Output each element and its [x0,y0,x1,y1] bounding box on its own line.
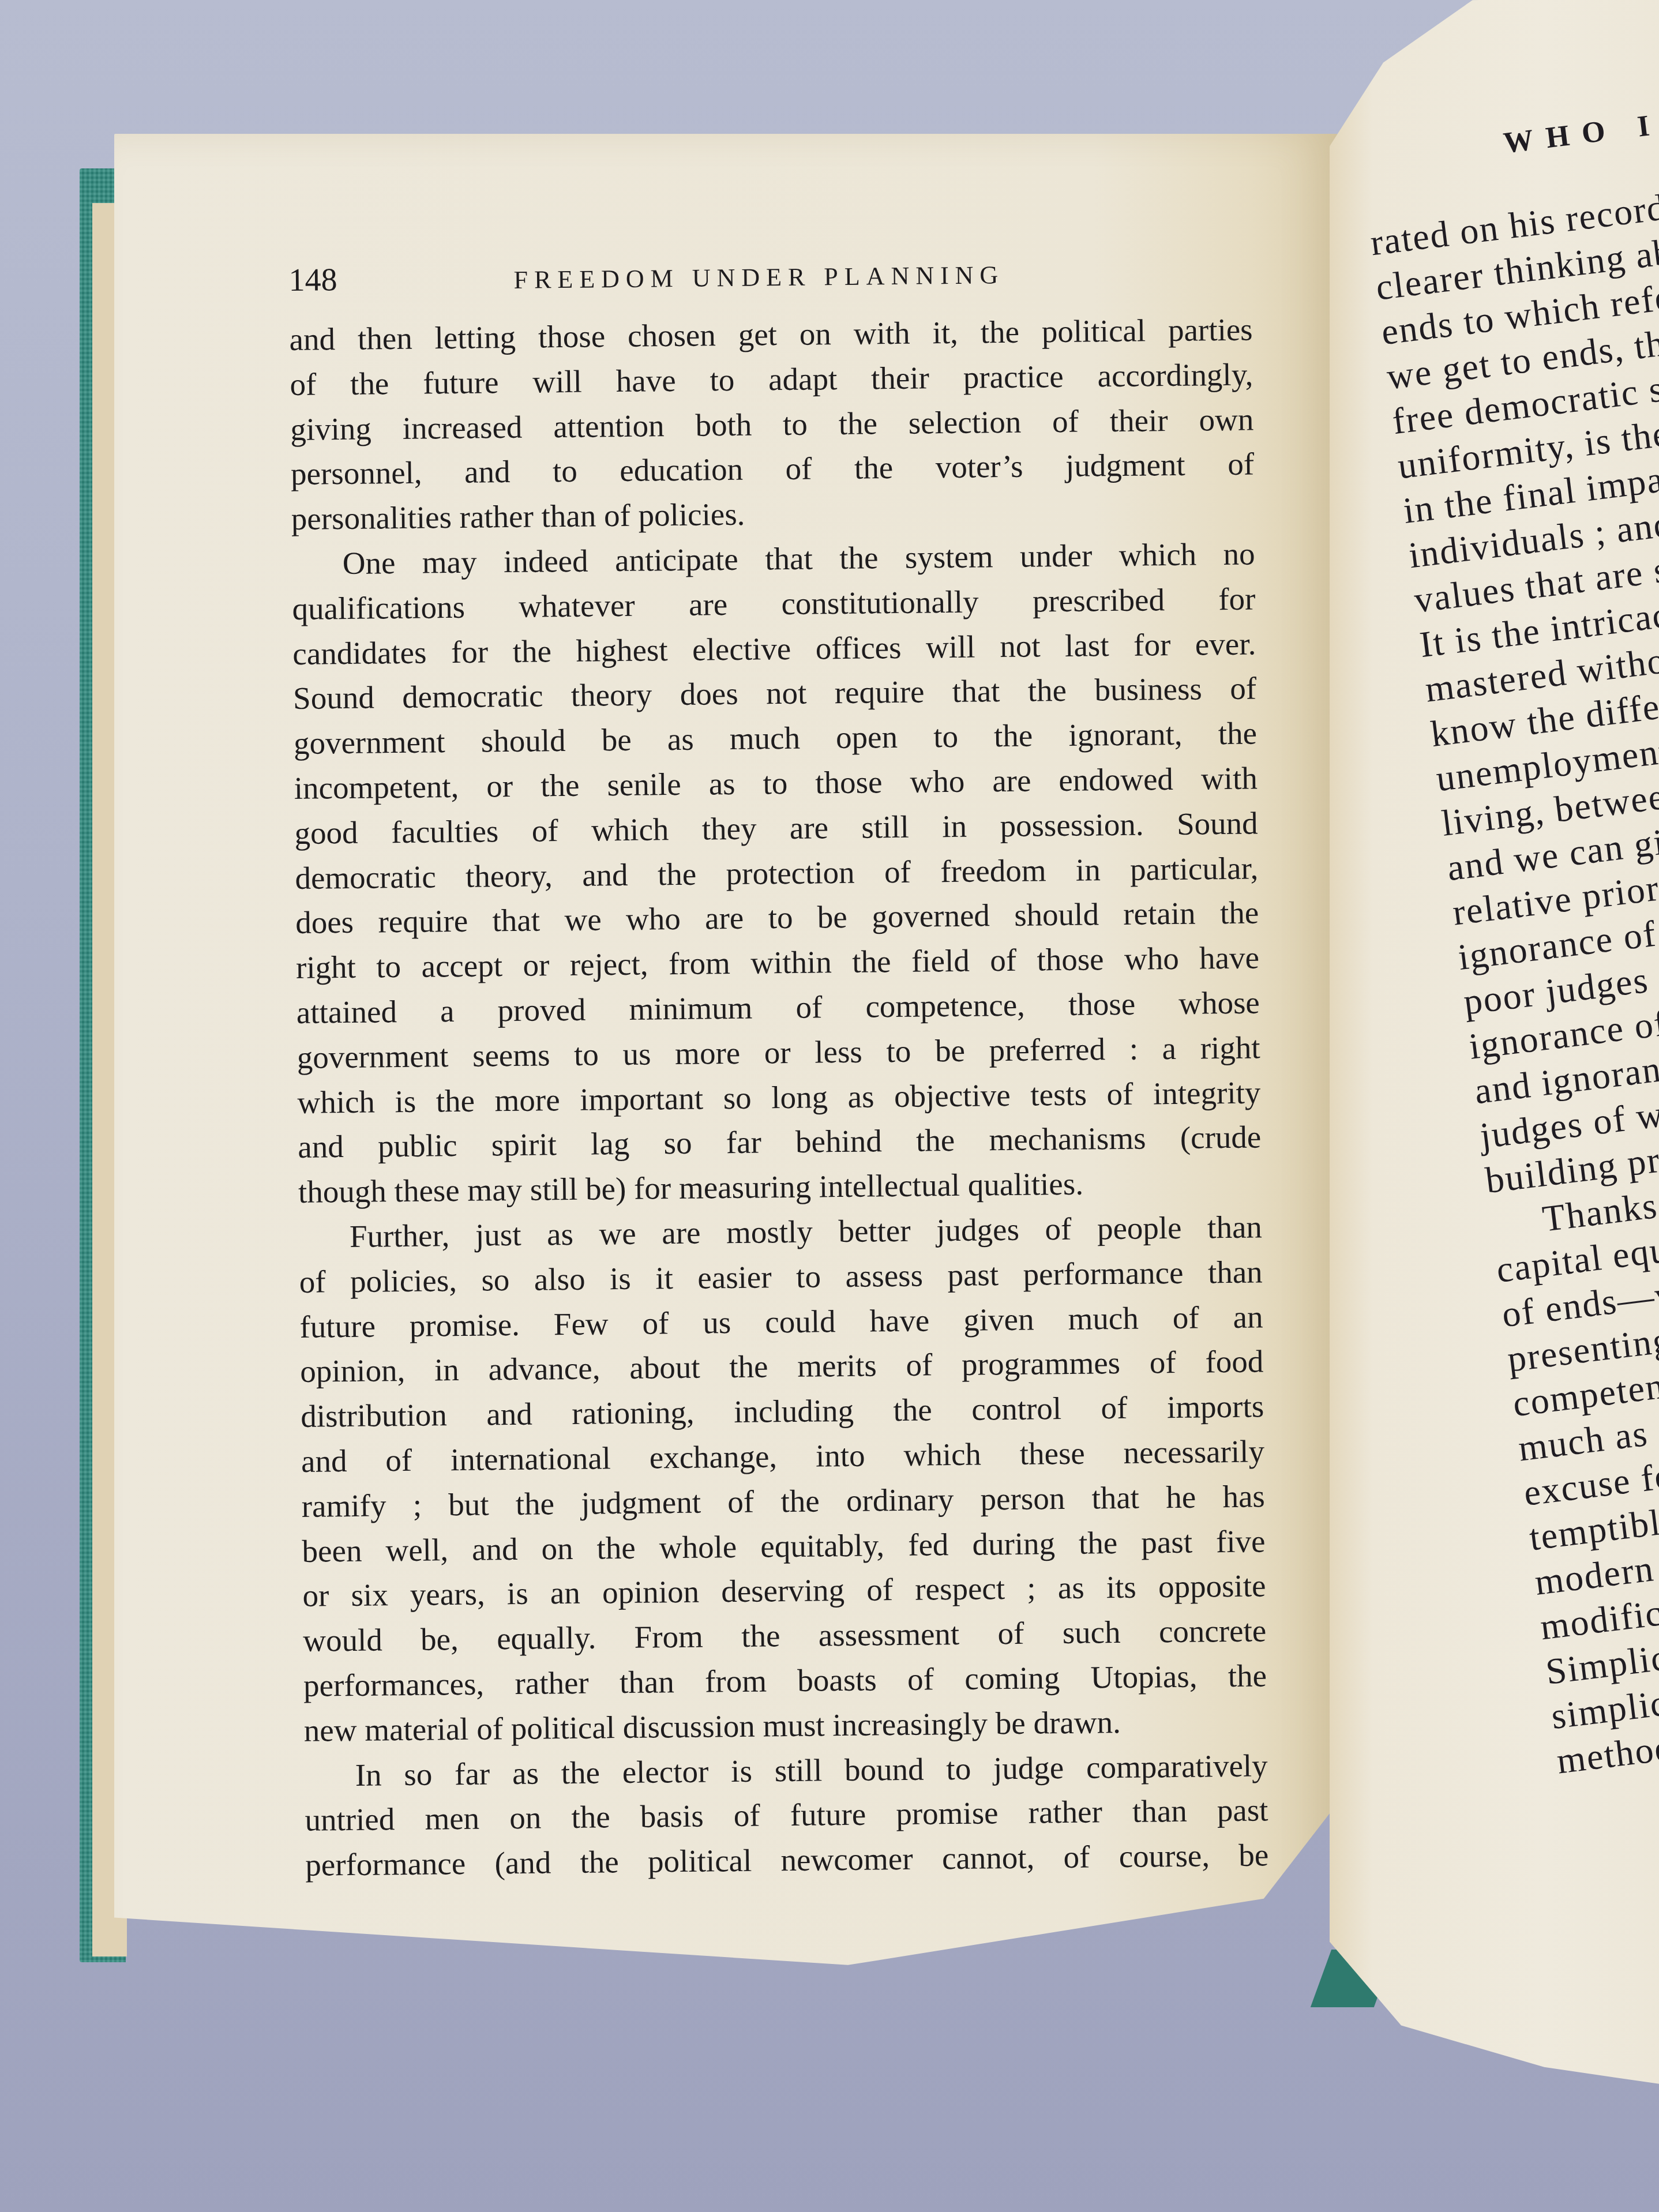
running-title: FREEDOM UNDER PLANNING [513,260,1004,295]
left-page-text: 148 FREEDOM UNDER PLANNING and then lett… [288,238,1269,1888]
running-head: 148 FREEDOM UNDER PLANNING [288,238,1252,317]
page-number: 148 [288,260,514,299]
